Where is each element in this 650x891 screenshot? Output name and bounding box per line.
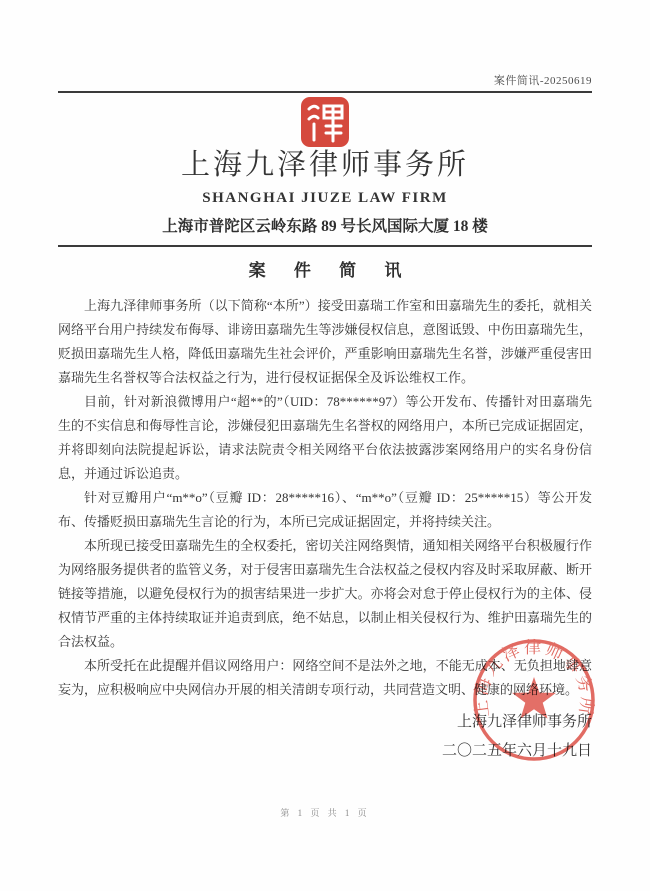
body-paragraph: 本所受托在此提醒并倡议网络用户：网络空间不是法外之地，不能无成本、无负担地肆意妄… (58, 654, 592, 702)
document-page: 案件简讯-20250619 上海九泽律师事务所 SHANGHAI JIUZE L… (0, 0, 650, 891)
signature-block: 上海九泽律师事务所 二〇二五年六月十九日 (58, 710, 592, 760)
signature-firm-name: 上海九泽律师事务所 (58, 710, 592, 731)
firm-logo-icon (0, 96, 650, 148)
body-paragraph: 本所现已接受田嘉瑞先生的全权委托，密切关注网络舆情，通知相关网络平台积极履行作为… (58, 534, 592, 654)
signature-date: 二〇二五年六月十九日 (58, 739, 592, 760)
body-paragraph: 上海九泽律师事务所（以下简称“本所”）接受田嘉瑞工作室和田嘉瑞先生的委托，就相关… (58, 294, 592, 390)
document-body: 上海九泽律师事务所（以下简称“本所”）接受田嘉瑞工作室和田嘉瑞先生的委托，就相关… (58, 294, 592, 702)
header-rule (58, 91, 592, 93)
doc-reference-number: 案件简讯-20250619 (58, 72, 592, 88)
firm-name-english: SHANGHAI JIUZE LAW FIRM (0, 190, 650, 207)
body-paragraph: 针对豆瓣用户“m**o”（豆瓣 ID：28*****16）、“m**o”（豆瓣 … (58, 486, 592, 534)
title-rule (58, 245, 592, 247)
firm-name-chinese: 上海九泽律师事务所 (0, 149, 650, 181)
page-footer: 第 1 页 共 1 页 (0, 806, 650, 819)
body-paragraph: 目前，针对新浪微博用户“超**的”（UID：78******97）等公开发布、传… (58, 390, 592, 486)
firm-address: 上海市普陀区云岭东路 89 号长风国际大厦 18 楼 (0, 214, 650, 236)
document-title: 案 件 简 讯 (0, 256, 650, 281)
